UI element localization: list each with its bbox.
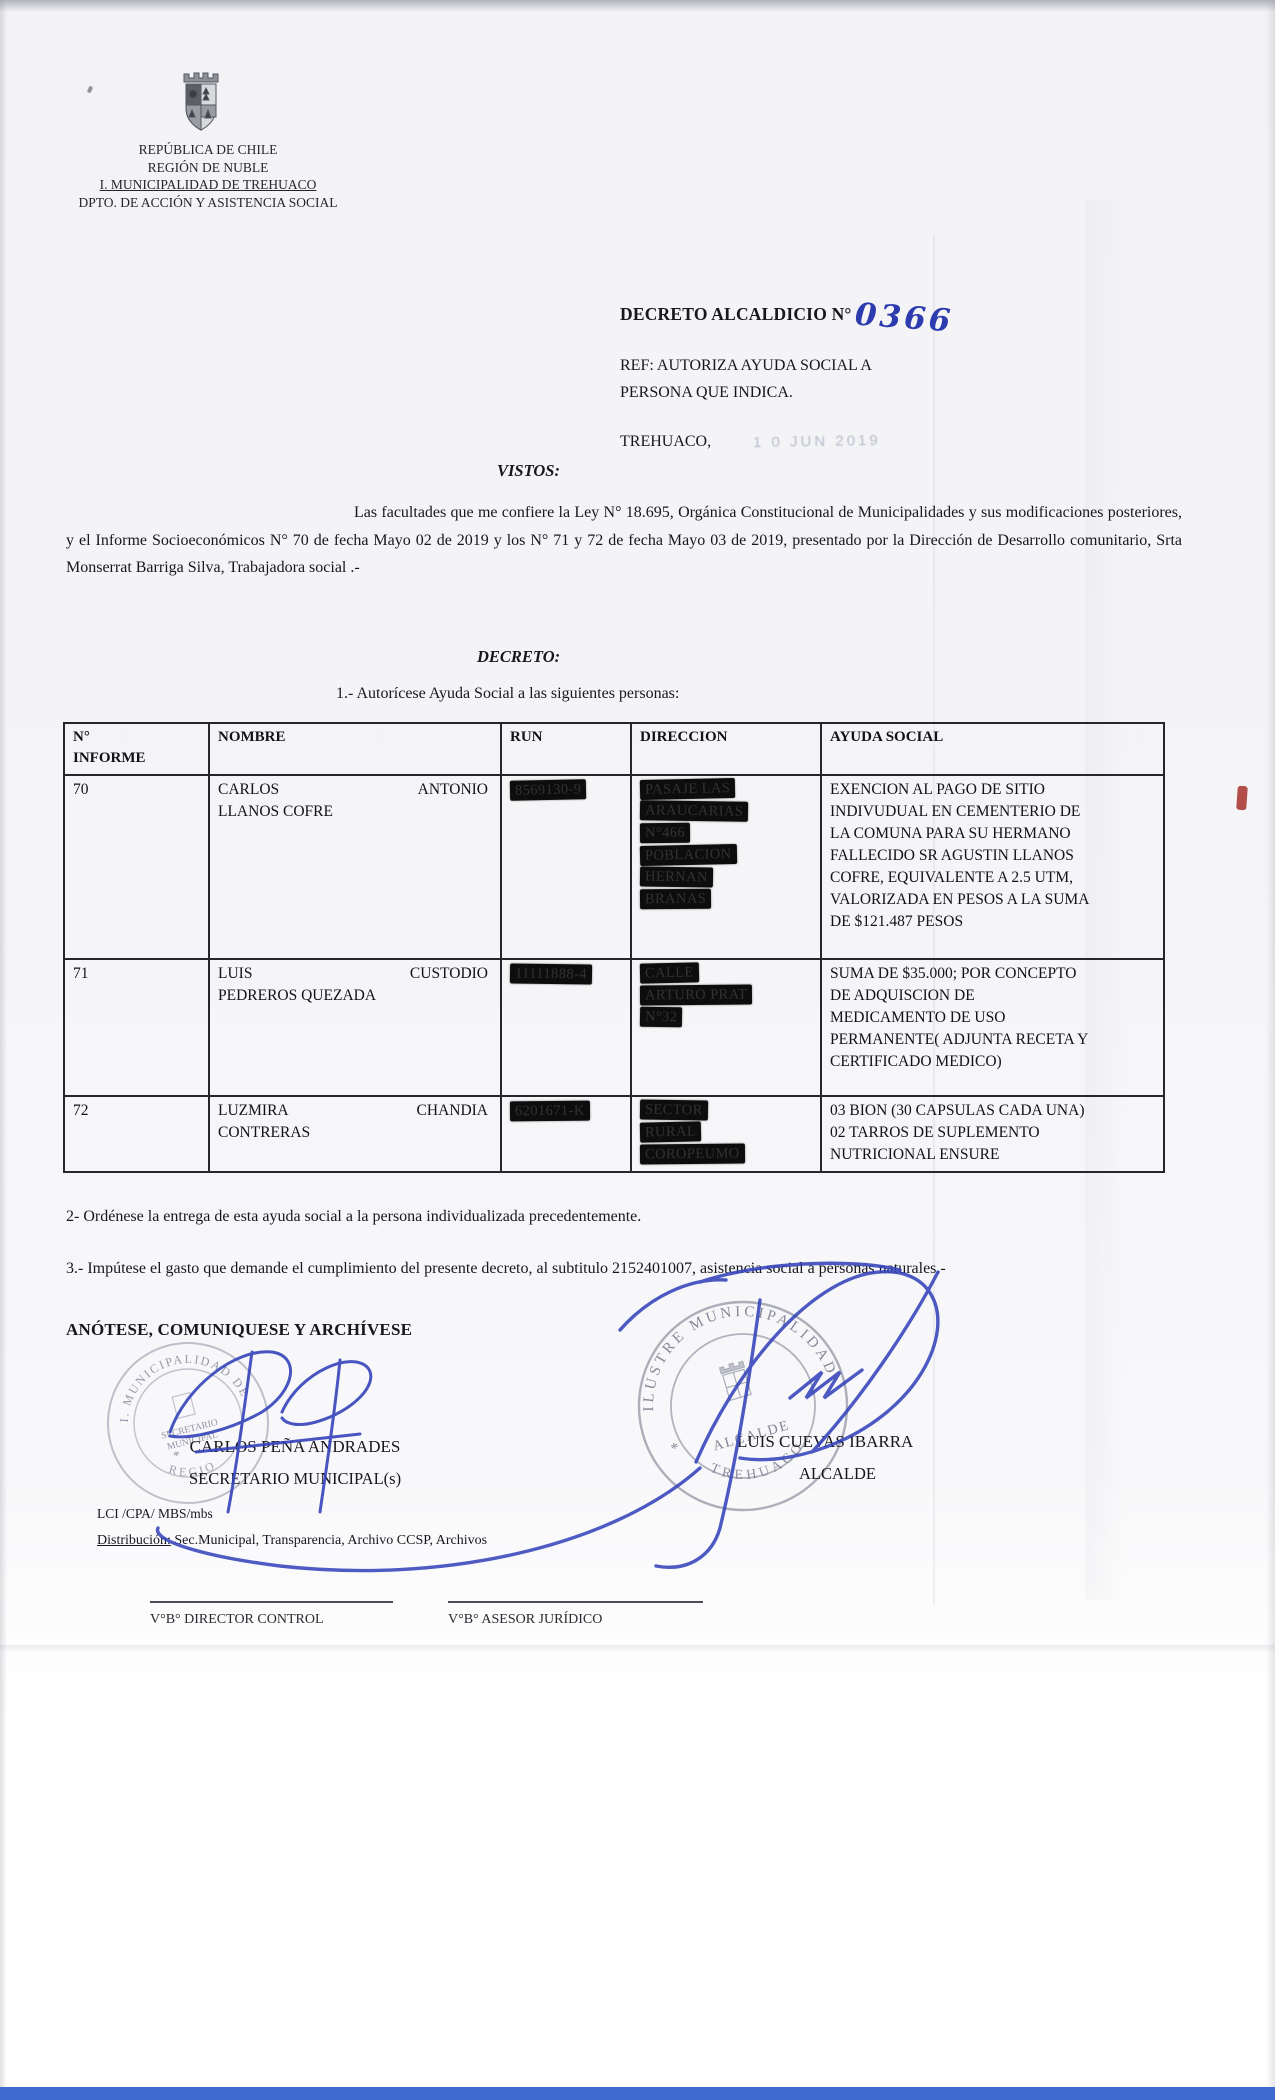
- cell-ayuda: 03 BION (30 CAPSULAS CADA UNA) 02 TARROS…: [821, 1096, 1164, 1172]
- place-date-row: TREHUACO, 1 0 JUN 2019: [620, 433, 881, 451]
- redaction-run: 6201671-K: [510, 1101, 590, 1122]
- vb-director-label: V°B° DIRECTOR CONTROL: [150, 1612, 324, 1628]
- letterhead-department: DPTO. DE ACCIÓN Y ASISTENCIA SOCIAL: [58, 194, 358, 212]
- redaction-direccion: RURAL: [640, 1121, 702, 1142]
- stamp-ring-text: I. MUNICIPALIDAD DE: [104, 1337, 253, 1430]
- cell-nombre: LUZMIRACHANDIA CONTRERAS: [209, 1096, 501, 1172]
- place-label: TREHUACO,: [620, 433, 711, 450]
- municipal-coat-of-arms-icon: [172, 68, 230, 138]
- cell-nombre: CARLOSANTONIO LLANOS COFRE: [209, 775, 501, 959]
- cell-run: 6201671-K: [501, 1096, 631, 1172]
- redaction-direccion: ARTURO PRAT: [640, 985, 752, 1006]
- letterhead: REPÚBLICA DE CHILE REGIÓN DE NUBLE I. MU…: [58, 141, 358, 211]
- decree-title-label: DECRETO ALCALDICIO N°: [620, 304, 852, 324]
- decreto-item1: 1.- Autorícese Ayuda Social a las siguie…: [336, 685, 679, 703]
- initials-line: LCI /CPA/ MBS/mbs: [97, 1506, 213, 1522]
- scan-top-shadow: [0, 0, 1275, 12]
- redaction-direccion: PASAJE LAS: [640, 778, 736, 800]
- scan-seam: [0, 1645, 1275, 1653]
- redaction-direccion: HERNAN: [640, 866, 713, 887]
- secretary-name: CARLOS PEÑA ANDRADES: [128, 1437, 462, 1457]
- secretario-stamp: I. MUNICIPALIDAD DE REGIO * SECRETARIO M…: [85, 1320, 291, 1526]
- redaction-direccion: SECTOR: [640, 1100, 708, 1121]
- redaction-direccion: COROPEUMO: [640, 1144, 745, 1165]
- decreto-heading: DECRETO:: [477, 647, 560, 667]
- scan-speck: [87, 85, 94, 93]
- cell-direccion: PASAJE LAS ARAUCARIAS N°466 POBLACION HE…: [631, 775, 821, 959]
- col-header-nombre: NOMBRE: [209, 723, 501, 775]
- redaction-direccion: N°466: [640, 823, 690, 843]
- table-row: 72 LUZMIRACHANDIA CONTRERAS 6201671-K SE…: [64, 1096, 1164, 1172]
- table-header-row: N° INFORME NOMBRE RUN DIRECCION AYUDA SO…: [64, 723, 1164, 775]
- vistos-body: Las facultades que me confiere la Ley N°…: [66, 499, 1182, 582]
- svg-text:I. MUNICIPALIDAD DE: I. MUNICIPALIDAD DE: [104, 1337, 253, 1430]
- letterhead-country: REPÚBLICA DE CHILE: [58, 141, 358, 159]
- cell-run: 11111888-4: [501, 959, 631, 1096]
- scanned-decree-page: REPÚBLICA DE CHILE REGIÓN DE NUBLE I. MU…: [0, 0, 1275, 2100]
- vb-asesor-label: V°B° ASESOR JURÍDICO: [448, 1612, 602, 1628]
- cell-direccion: SECTOR RURAL COROPEUMO: [631, 1096, 821, 1172]
- cell-run: 8569130-9: [501, 775, 631, 959]
- vistos-heading: VISTOS:: [497, 461, 560, 481]
- cell-informe: 71: [64, 959, 209, 1096]
- cell-ayuda: EXENCION AL PAGO DE SITIO INDIVUDUAL EN …: [821, 775, 1164, 959]
- decree-ref-line1: REF: AUTORIZA AYUDA SOCIAL A: [620, 352, 872, 379]
- cell-nombre: LUISCUSTODIO PEDREROS QUEZADA: [209, 959, 501, 1096]
- mayor-name: LUIS CUEVAS IBARRA: [737, 1432, 913, 1452]
- scan-left-shade: [0, 0, 7, 2100]
- clause-3: 3.- Impútese el gasto que demande el cum…: [66, 1255, 1182, 1283]
- redaction-direccion: N°32: [640, 1007, 683, 1028]
- scan-right-shade: [1266, 0, 1275, 2100]
- cell-direccion: CALLE ARTURO PRAT N°32: [631, 959, 821, 1096]
- vb-asesor-line: [448, 1601, 703, 1603]
- distribution-label: Distribución:: [97, 1533, 171, 1548]
- secretary-title: SECRETARIO MUNICIPAL(s): [128, 1469, 462, 1489]
- decree-title: DECRETO ALCALDICIO N°0366: [620, 300, 953, 336]
- redaction-run: 11111888-4: [510, 963, 592, 984]
- cell-informe: 70: [64, 775, 209, 959]
- scanner-bottom-strip: [0, 2087, 1275, 2100]
- alcalde-stamp: ILUSTRE MUNICIPALIDAD TREHUACO * ALCALDE: [603, 1266, 883, 1546]
- decree-number-handwritten: 0366: [853, 297, 954, 340]
- beneficiaries-table: N° INFORME NOMBRE RUN DIRECCION AYUDA SO…: [63, 722, 1165, 1173]
- vb-director-line: [150, 1601, 393, 1603]
- clause-2: 2- Ordénese la entrega de esta ayuda soc…: [66, 1208, 641, 1226]
- redaction-direccion: CALLE: [640, 962, 699, 983]
- distribution-text: Sec.Municipal, Transparencia, Archivo CC…: [171, 1533, 487, 1548]
- redaction-direccion: ARAUCARIAS: [640, 800, 749, 822]
- mayor-title: ALCALDE: [799, 1464, 876, 1484]
- distribution-line: Distribución: Sec.Municipal, Transparenc…: [97, 1533, 487, 1549]
- table-row: 70 CARLOSANTONIO LLANOS COFRE 8569130-9 …: [64, 775, 1164, 959]
- decree-ref-line2: PERSONA QUE INDICA.: [620, 379, 872, 406]
- letterhead-region: REGIÓN DE NUBLE: [58, 159, 358, 177]
- cell-ayuda: SUMA DE $35.000; POR CONCEPTO DE ADQUISC…: [821, 959, 1164, 1096]
- col-header-run: RUN: [501, 723, 631, 775]
- redaction-direccion: BRANAS: [640, 889, 711, 910]
- col-header-direccion: DIRECCION: [631, 723, 821, 775]
- letterhead-municipality: I. MUNICIPALIDAD DE TREHUACO: [58, 176, 358, 194]
- red-edge-mark: [1236, 786, 1248, 811]
- redaction-direccion: POBLACION: [640, 844, 737, 866]
- col-header-informe: N° INFORME: [64, 723, 209, 775]
- date-stamp: 1 0 JUN 2019: [753, 432, 881, 451]
- redaction-run: 8569130-9: [510, 779, 587, 801]
- col-header-ayuda: AYUDA SOCIAL: [821, 723, 1164, 775]
- cell-informe: 72: [64, 1096, 209, 1172]
- table-row: 71 LUISCUSTODIO PEDREROS QUEZADA 1111188…: [64, 959, 1164, 1096]
- stamp-star: *: [669, 1440, 681, 1459]
- decree-ref: REF: AUTORIZA AYUDA SOCIAL A PERSONA QUE…: [620, 352, 872, 406]
